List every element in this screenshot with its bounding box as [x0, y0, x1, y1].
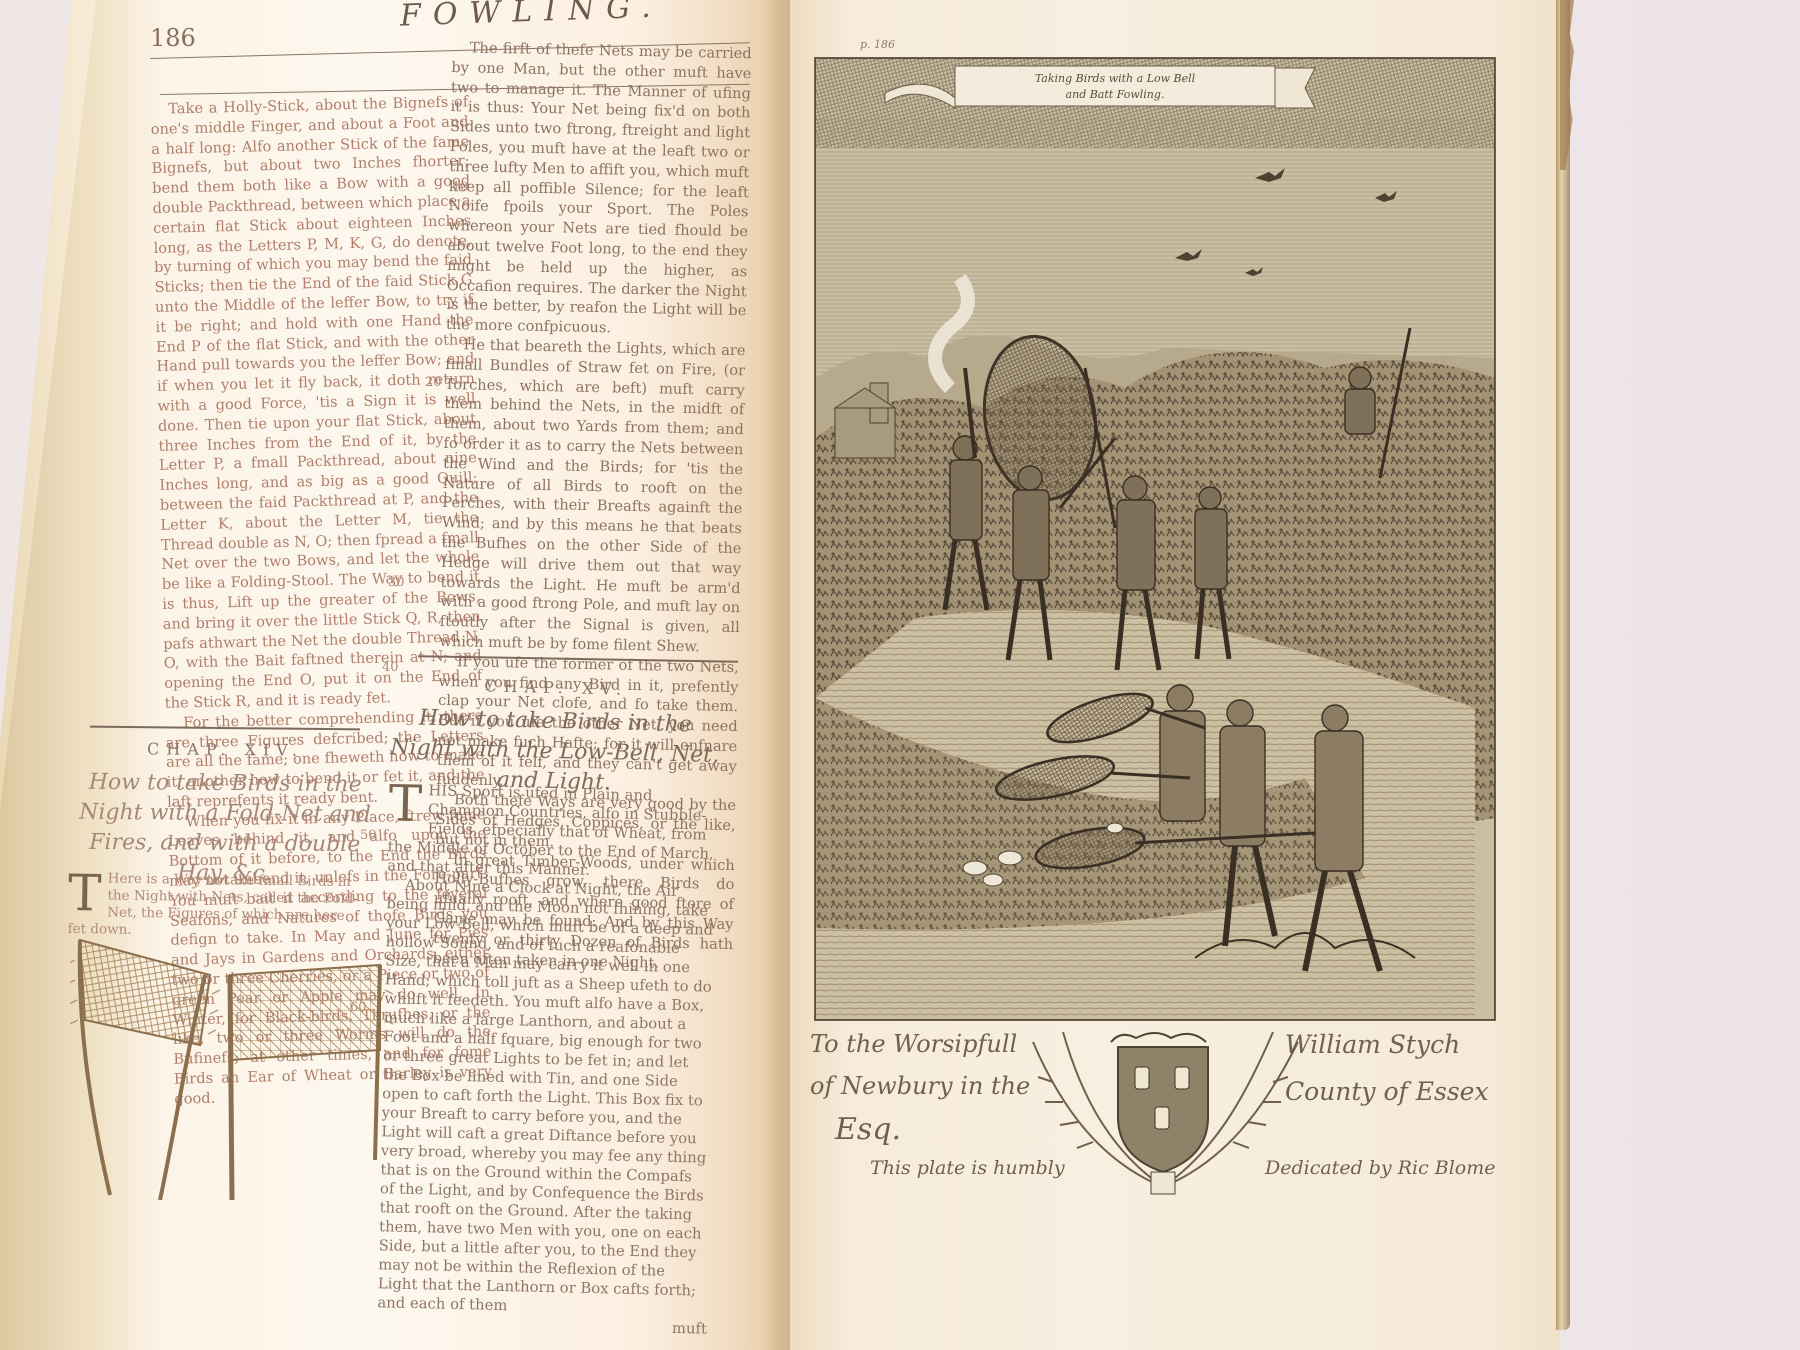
dedication-left-line3: Esq. — [835, 1112, 901, 1147]
chapter-14-heading: CHAP. XIV. How to take Birds in the Nigh… — [74, 739, 375, 891]
intro-text: HIS Sport is ufed in Plain and Champion … — [387, 782, 714, 879]
drop-cap: T — [68, 872, 102, 914]
chapter-label: CHAP. XIV. — [75, 739, 375, 761]
drop-cap: T — [388, 782, 422, 825]
dedication-right-line1: William Stych — [1285, 1030, 1460, 1059]
dedication-cartouche: To the Worsipfull of Newbury in the Esq.… — [805, 1022, 1515, 1197]
dedication-left-line2: of Newbury in the — [810, 1072, 1030, 1100]
dedication-bottom-right: Dedicated by Ric Blome — [1265, 1157, 1496, 1179]
intro-text: Here is a Way to take fmall Birds in the… — [68, 871, 358, 938]
banner-caption-line1: Taking Birds with a Low Bell — [1035, 72, 1196, 85]
page-number: 186 — [150, 24, 196, 52]
body-text: About Nine a Clock at Night, the Air bei… — [377, 875, 717, 1319]
line-number: 40 — [382, 660, 399, 675]
dedication-left-line1: To the Worsipfull — [810, 1030, 1017, 1058]
paragraph: The firft of thefe Nets may be carried b… — [446, 38, 752, 341]
line-number: 30 — [388, 575, 405, 590]
banner-caption-line2: and Batt Fowling. — [1066, 88, 1165, 101]
paragraph: Take a Holly-Stick, about the Bignefs of… — [150, 92, 483, 713]
right-page-fore-edge — [1556, 0, 1570, 1330]
engraved-plate: Taking Birds with a Low Bell and Batt Fo… — [815, 58, 1495, 1020]
dedication-right-line2: County of Essex — [1285, 1077, 1489, 1106]
paragraph: He that beareth the Lights, which are fm… — [439, 335, 746, 658]
engraving-scene: Taking Birds with a Low Bell and Batt Fo… — [815, 58, 1495, 1020]
line-number: 10 — [452, 180, 469, 195]
line-number: 20 — [425, 375, 442, 390]
plate-page-reference: p. 186 — [860, 38, 895, 51]
chapter-15-text: T HIS Sport is ufed in Plain and Champio… — [377, 780, 719, 1338]
fold-net-illustration — [70, 930, 400, 1200]
